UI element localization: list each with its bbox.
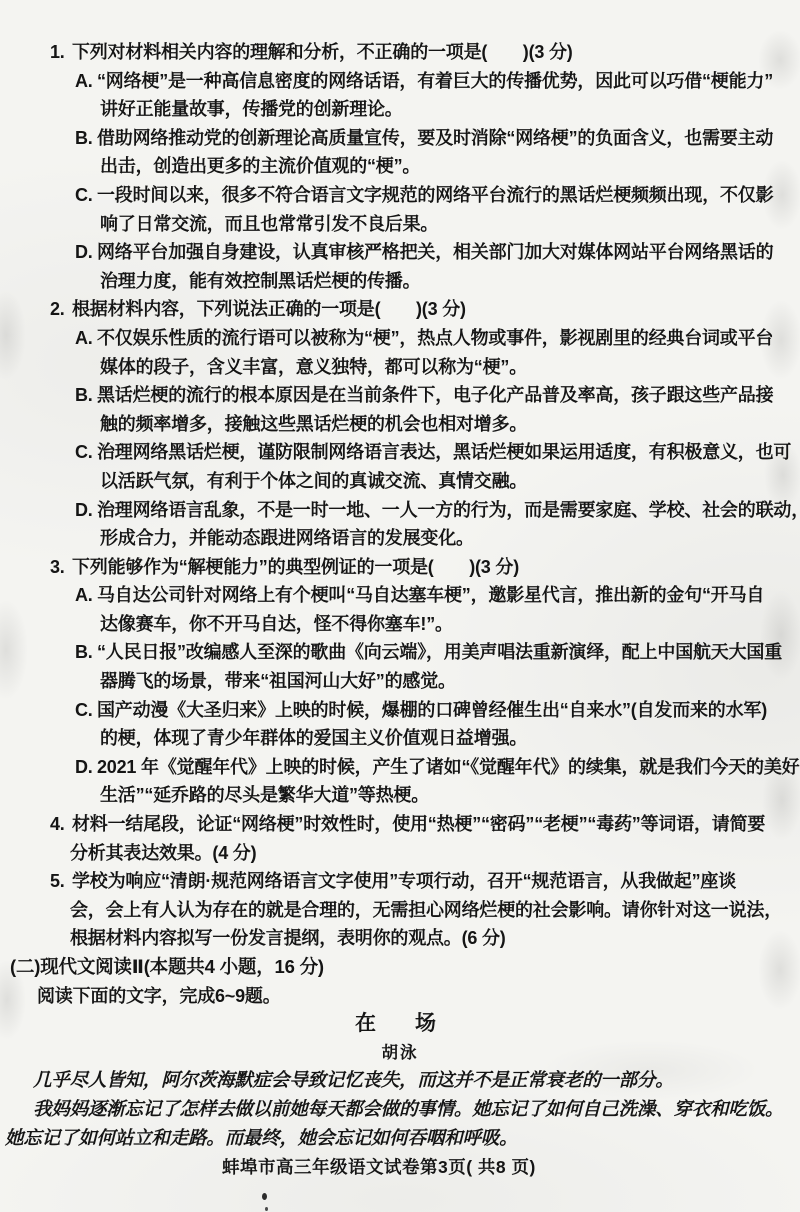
question-1-option-b: B.借助网络推动党的创新理论高质量宣传，要及时消除“网络梗”的负面含义，也需要主… xyxy=(0,124,800,153)
question-number: 3. xyxy=(50,553,72,582)
question-2-option-a-cont: 媒体的段子，含义丰富，意义独特，都可以称为“梗”。 xyxy=(0,353,800,382)
exam-page-scan: 1.下列对材料相关内容的理解和分析，不正确的一项是( )(3 分) A.“网络梗… xyxy=(0,0,800,1212)
question-3-option-d-cont: 生活”“延乔路的尽头是繁华大道”等热梗。 xyxy=(0,781,800,810)
question-1-option-c-cont: 响了日常交流，而且也常常引发不良后果。 xyxy=(0,210,800,239)
question-1-option-a-cont: 讲好正能量故事，传播党的创新理论。 xyxy=(0,95,800,124)
option-label: B. xyxy=(75,638,97,667)
question-1-stem: 1.下列对材料相关内容的理解和分析，不正确的一项是( )(3 分) xyxy=(0,38,800,67)
option-label: C. xyxy=(75,438,97,467)
question-2-option-c: C.治理网络黑话烂梗，谨防限制网络语言表达，黑话烂梗如果运用适度，有积极意义，也… xyxy=(0,438,800,467)
option-text: 借助网络推动党的创新理论高质量宣传，要及时消除“网络梗”的负面含义，也需要主动 xyxy=(97,128,773,148)
question-3-option-b-cont: 器腾飞的场景，带来“祖国河山大好”的感觉。 xyxy=(0,667,800,696)
option-text: 治理网络黑话烂梗，谨防限制网络语言表达，黑话烂梗如果运用适度，有积极意义，也可 xyxy=(97,442,791,462)
option-text: 国产动漫《大圣归来》上映的时候，爆棚的口碑曾经催生出“自来水”(自发而来的水军) xyxy=(97,700,767,720)
question-number: 5. xyxy=(50,867,72,896)
ink-speck xyxy=(262,1193,267,1200)
section-2-instruction: 阅读下面的文字，完成6~9题。 xyxy=(0,982,800,1011)
question-text: 材料一结尾段，论证“网络梗”时效性时，使用“热梗”“密码”“老梗”“毒药”等词语… xyxy=(72,814,765,834)
question-2-option-c-cont: 以活跃气氛，有利于个体之间的真诚交流、真情交融。 xyxy=(0,467,800,496)
question-number: 4. xyxy=(50,810,72,839)
question-text: 下列对材料相关内容的理解和分析，不正确的一项是( )(3 分) xyxy=(72,42,573,62)
option-text: 黑话烂梗的流行的根本原因是在当前条件下，电子化产品普及率高，孩子跟这些产品接 xyxy=(97,385,773,405)
option-label: A. xyxy=(75,67,97,96)
question-2-option-b-cont: 触的频率增多，接触这些黑话烂梗的机会也相对增多。 xyxy=(0,410,800,439)
question-5-stem: 5.学校为响应“清朗·规范网络语言文字使用”专项行动，召开“规范语言，从我做起”… xyxy=(0,867,800,896)
option-text: 马自达公司针对网络上有个梗叫“马自达塞车梗”，邀影星代言，推出新的金句“开马自 xyxy=(97,585,764,605)
question-2-option-d-cont: 形成合力，并能动态跟进网络语言的发展变化。 xyxy=(0,524,800,553)
exam-content: 1.下列对材料相关内容的理解和分析，不正确的一项是( )(3 分) A.“网络梗… xyxy=(0,38,800,1182)
question-2-stem: 2.根据材料内容，下列说法正确的一项是( )(3 分) xyxy=(0,295,800,324)
question-1-option-c: C.一段时间以来，很多不符合语言文字规范的网络平台流行的黑话烂梗频频出现，不仅影 xyxy=(0,181,800,210)
option-label: A. xyxy=(75,324,97,353)
passage-line: 她忘记了如何站立和走路。而最终，她会忘记如何吞咽和呼吸。 xyxy=(0,1125,800,1154)
question-1-option-a: A.“网络梗”是一种高信息密度的网络话语，有着巨大的传播优势，因此可以巧借“梗能… xyxy=(0,67,800,96)
option-text: “网络梗”是一种高信息密度的网络话语，有着巨大的传播优势，因此可以巧借“梗能力” xyxy=(97,71,773,91)
question-1-option-b-cont: 出击，创造出更多的主流价值观的“梗”。 xyxy=(0,152,800,181)
question-text: 下列能够作为“解梗能力”的典型例证的一项是( )(3 分) xyxy=(72,557,519,577)
ink-speck xyxy=(265,1207,268,1211)
option-label: A. xyxy=(75,581,97,610)
question-3-option-b: B.“人民日报”改编感人至深的歌曲《向云端》，用美声唱法重新演绎，配上中国航天大… xyxy=(0,638,800,667)
option-label: D. xyxy=(75,496,97,525)
question-3-option-d: D.2021 年《觉醒年代》上映的时候，产生了诸如“《觉醒年代》的续集，就是我们… xyxy=(0,753,800,782)
question-number: 1. xyxy=(50,38,72,67)
question-text: 根据材料内容，下列说法正确的一项是( )(3 分) xyxy=(72,299,466,319)
question-2-option-d: D.治理网络语言乱象，不是一时一地、一人一方的行为，而是需要家庭、学校、社会的联… xyxy=(0,496,800,525)
page-footer: 蚌埠市高三年级语文试卷第3页( 共8 页) xyxy=(0,1153,800,1182)
question-3-stem: 3.下列能够作为“解梗能力”的典型例证的一项是( )(3 分) xyxy=(0,553,800,582)
option-text: 一段时间以来，很多不符合语言文字规范的网络平台流行的黑话烂梗频频出现，不仅影 xyxy=(97,185,773,205)
question-3-option-c-cont: 的梗，体现了青少年群体的爱国主义价值观日益增强。 xyxy=(0,724,800,753)
passage-author: 胡泳 xyxy=(0,1039,800,1068)
question-number: 2. xyxy=(50,295,72,324)
option-label: C. xyxy=(75,181,97,210)
question-5-cont: 根据材料内容拟写一份发言提纲，表明你的观点。(6 分) xyxy=(0,924,800,953)
option-text: 治理网络语言乱象，不是一时一地、一人一方的行为，而是需要家庭、学校、社会的联动， xyxy=(97,500,800,520)
question-1-option-d: D.网络平台加强自身建设，认真审核严格把关，相关部门加大对媒体网站平台网络黑话的 xyxy=(0,238,800,267)
question-2-option-b: B.黑话烂梗的流行的根本原因是在当前条件下，电子化产品普及率高，孩子跟这些产品接 xyxy=(0,381,800,410)
question-5-cont: 会，会上有人认为存在的就是合理的，无需担心网络烂梗的社会影响。请你针对这一说法， xyxy=(0,896,800,925)
question-3-option-a: A.马自达公司针对网络上有个梗叫“马自达塞车梗”，邀影星代言，推出新的金句“开马… xyxy=(0,581,800,610)
passage-line: 几乎尽人皆知，阿尔茨海默症会导致记忆丧失，而这并不是正常衰老的一部分。 xyxy=(0,1067,800,1096)
option-label: D. xyxy=(75,238,97,267)
question-4-cont: 分析其表达效果。(4 分) xyxy=(0,839,800,868)
option-text: 网络平台加强自身建设，认真审核严格把关，相关部门加大对媒体网站平台网络黑话的 xyxy=(97,242,773,262)
passage-title: 在 场 xyxy=(0,1010,800,1039)
option-label: B. xyxy=(75,124,97,153)
section-2-header: (二)现代文阅读Ⅱ(本题共4 小题，16 分) xyxy=(0,953,800,982)
question-text: 学校为响应“清朗·规范网络语言文字使用”专项行动，召开“规范语言，从我做起”座谈 xyxy=(72,871,736,891)
question-1-option-d-cont: 治理力度，能有效控制黑话烂梗的传播。 xyxy=(0,267,800,296)
question-3-option-a-cont: 达像赛车，你不开马自达，怪不得你塞车!”。 xyxy=(0,610,800,639)
option-label: D. xyxy=(75,753,97,782)
option-label: B. xyxy=(75,381,97,410)
option-label: C. xyxy=(75,696,97,725)
option-text: 不仅娱乐性质的流行语可以被称为“梗”，热点人物或事件，影视剧里的经典台词或平台 xyxy=(97,328,773,348)
question-2-option-a: A.不仅娱乐性质的流行语可以被称为“梗”，热点人物或事件，影视剧里的经典台词或平… xyxy=(0,324,800,353)
option-text: “人民日报”改编感人至深的歌曲《向云端》，用美声唱法重新演绎，配上中国航天大国重 xyxy=(97,642,782,662)
passage-line: 我妈妈逐渐忘记了怎样去做以前她每天都会做的事情。她忘记了如何自己洗澡、穿衣和吃饭… xyxy=(0,1096,800,1125)
option-text: 2021 年《觉醒年代》上映的时候，产生了诸如“《觉醒年代》的续集，就是我们今天… xyxy=(97,757,799,777)
question-3-option-c: C.国产动漫《大圣归来》上映的时候，爆棚的口碑曾经催生出“自来水”(自发而来的水… xyxy=(0,696,800,725)
question-4-stem: 4.材料一结尾段，论证“网络梗”时效性时，使用“热梗”“密码”“老梗”“毒药”等… xyxy=(0,810,800,839)
